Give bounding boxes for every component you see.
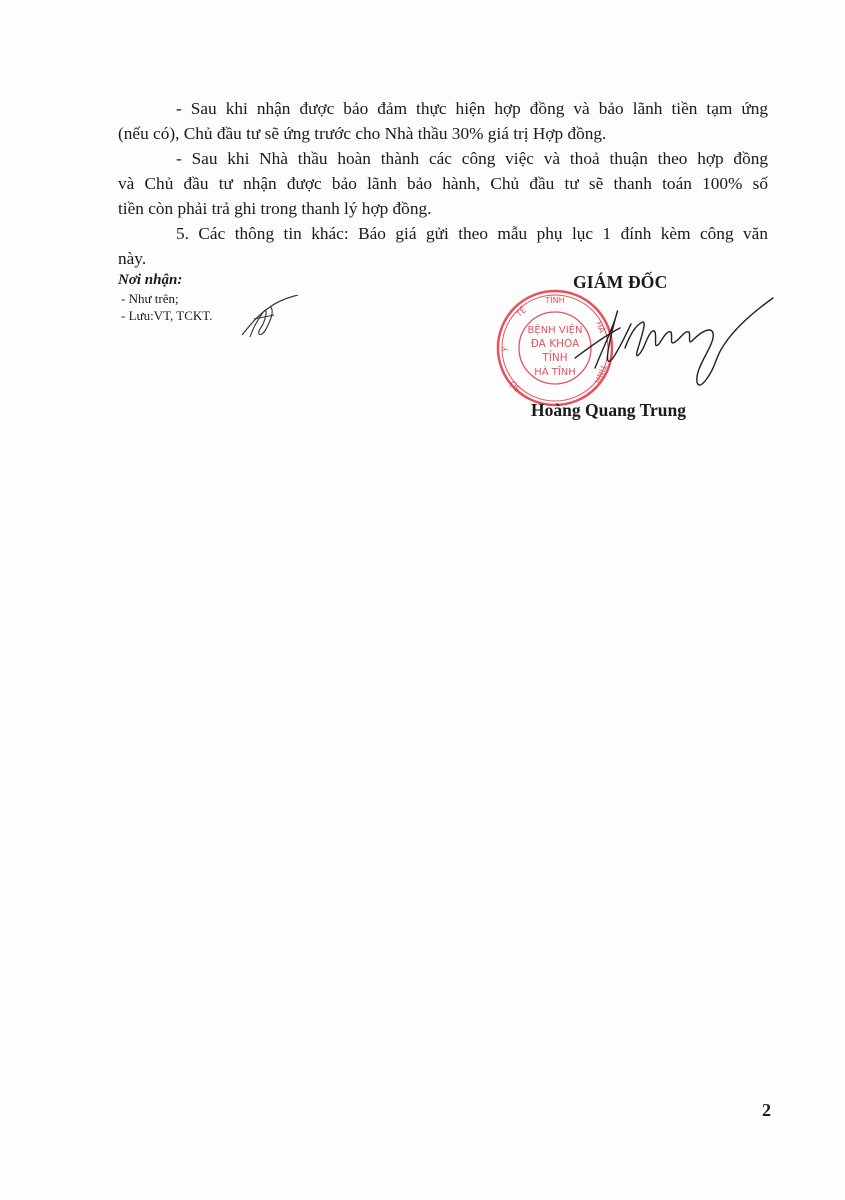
recipients-block: Nơi nhận: - Như trên; - Lưu:VT, TCKT.: [118, 272, 213, 324]
text-line: tiền còn phải trả ghi trong thanh lý hợp…: [118, 196, 768, 221]
paragraph-final-payment: - Sau khi Nhà thầu hoàn thành các công v…: [118, 146, 768, 221]
text-line: và Chủ đầu tư nhận được bảo lãnh bảo hàn…: [118, 171, 768, 196]
signer-name: Hoàng Quang Trung: [531, 400, 686, 421]
recipients-heading: Nơi nhận:: [118, 272, 213, 289]
recipient-item: - Như trên;: [118, 290, 213, 307]
text-line: - Sau khi Nhà thầu hoàn thành các công v…: [118, 146, 768, 171]
page-number: 2: [762, 1100, 771, 1121]
text-line: - Sau khi nhận được bảo đảm thực hiện hợ…: [118, 96, 768, 121]
signature-block: BỆNH VIỆN ĐA KHOA TỈNH HÀ TĨNH TỈNH TẾ Y…: [495, 268, 785, 428]
text-line: (nếu có), Chủ đầu tư sẽ ứng trước cho Nh…: [118, 121, 768, 146]
paragraph-other-info: 5. Các thông tin khác: Báo giá gửi theo …: [118, 221, 768, 271]
paragraph-advance-payment: - Sau khi nhận được bảo đảm thực hiện hợ…: [118, 96, 768, 146]
recipient-item: - Lưu:VT, TCKT.: [118, 307, 213, 324]
document-page: - Sau khi nhận được bảo đảm thực hiện hợ…: [0, 0, 845, 1200]
signer-title: GIÁM ĐỐC: [573, 272, 667, 293]
text-line: 5. Các thông tin khác: Báo giá gửi theo …: [118, 221, 768, 246]
director-signature-icon: [555, 288, 775, 398]
initials-signature-icon: [240, 295, 300, 345]
